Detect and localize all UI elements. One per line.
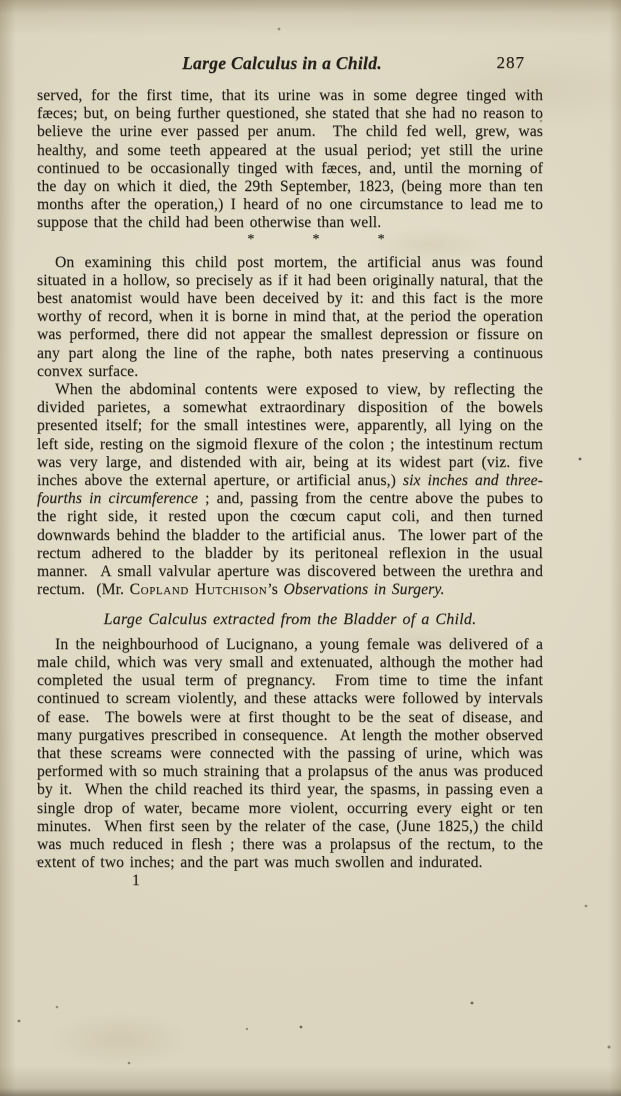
asterisk: * <box>247 233 254 254</box>
paragraph-4: In the neighbourhood of Lucignano, a you… <box>37 636 543 873</box>
paragraph-3: When the abdominal contents were exposed… <box>37 381 543 599</box>
page-body: served, for the first time, that its uri… <box>37 87 543 891</box>
paragraph-2: On examining this child post mortem, the… <box>37 254 543 381</box>
signature-mark: 1 <box>132 872 543 890</box>
paragraph-3-run: ’s <box>267 581 283 598</box>
section-heading: Large Calculus extracted from the Bladde… <box>37 611 543 629</box>
page-title: Large Calculus in a Child. <box>29 53 535 74</box>
book-title-italic: Observations in Surgery. <box>284 581 445 598</box>
asterisk-separator: *** <box>63 233 569 254</box>
page-number: 287 <box>497 53 526 73</box>
paper-specks <box>0 0 2 2</box>
running-header: Large Calculus in a Child. 287 <box>37 53 543 77</box>
paragraph-1: served, for the first time, that its uri… <box>37 87 543 233</box>
asterisk: * <box>378 233 385 254</box>
book-page: Large Calculus in a Child. 287 served, f… <box>0 0 621 1096</box>
author-name-smallcaps: Copland Hutchison <box>130 581 268 598</box>
asterisk: * <box>312 233 319 254</box>
